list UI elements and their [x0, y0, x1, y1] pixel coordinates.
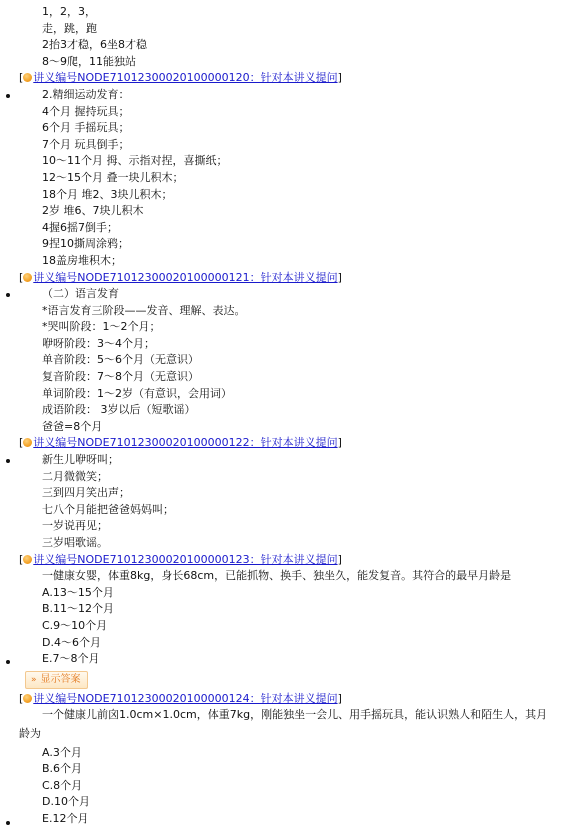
text-line: 2抬3才稳，6坐8才稳	[0, 37, 564, 54]
text-line: 8～9爬，11能独站	[0, 54, 564, 71]
text-line: 新生儿咿呀叫；	[0, 452, 564, 469]
bracket-close: ]	[338, 436, 342, 449]
list-bullet	[6, 459, 10, 463]
section-heading: 2.精细运动发育：	[0, 87, 564, 104]
handout-reference: [讲义编号NODE71012300020100000124：针对本讲义提问]	[0, 691, 564, 708]
text-line: 咿呀阶段：3～4个月；	[0, 336, 564, 353]
language-mnemonic-block: 新生儿咿呀叫； 二月微微笑； 三到四月笑出声； 七八个月能把爸爸妈妈叫； 一岁说…	[0, 452, 564, 568]
text-line: 一岁说再见；	[0, 518, 564, 535]
question-1: 一健康女婴，体重8kg，身长68cm，已能抓物、换手、独坐久，能发复音。其符合的…	[0, 568, 564, 707]
option-e: E.7～8个月	[0, 651, 564, 668]
text-line: 七八个月能把爸爸妈妈叫；	[0, 502, 564, 519]
text-line: 二月微微笑；	[0, 469, 564, 486]
handout-reference: [讲义编号NODE71012300020100000123：针对本讲义提问]	[0, 552, 564, 569]
question-info-icon	[23, 73, 32, 82]
question-stem: 一个健康儿前囟1.0cm×1.0cm，体重7kg，刚能独坐一会儿、用手摇玩具，能…	[0, 707, 564, 724]
list-bullet	[6, 94, 10, 98]
text-line: 9捏10撕周涂鸦；	[0, 236, 564, 253]
handout-reference: [讲义编号NODE71012300020100000120：针对本讲义提问]	[0, 70, 564, 87]
option-b: B.11～12个月	[0, 601, 564, 618]
question-info-icon	[23, 273, 32, 282]
bracket-close: ]	[338, 271, 342, 284]
text-line: 4个月 握持玩具；	[0, 104, 564, 121]
text-line: 2岁 堆6、7块儿积木	[0, 203, 564, 220]
question-2: 一个健康儿前囟1.0cm×1.0cm，体重7kg，刚能独坐一会儿、用手摇玩具，能…	[0, 707, 564, 827]
option-b: B.6个月	[0, 761, 564, 778]
text-line: 1，2，3，	[0, 4, 564, 21]
handout-question-link[interactable]: 讲义编号NODE71012300020100000121：针对本讲义提问	[33, 271, 337, 284]
fine-motor-block: 2.精细运动发育： 4个月 握持玩具； 6个月 手摇玩具； 7个月 玩具倒手； …	[0, 87, 564, 286]
text-line: 18盖房堆积木；	[0, 253, 564, 270]
text-line: 4握6摇7倒手；	[0, 220, 564, 237]
text-line: 10～11个月 拇、示指对捏，喜撕纸；	[0, 153, 564, 170]
handout-question-link[interactable]: 讲义编号NODE71012300020100000123：针对本讲义提问	[33, 553, 337, 566]
list-bullet	[6, 660, 10, 664]
show-answer-button[interactable]: »显示答案	[25, 671, 88, 689]
text-line: 单音阶段：5～6个月（无意识）	[0, 352, 564, 369]
text-line: 成语阶段： 3岁以后（短歌谣）	[0, 402, 564, 419]
double-chevron-right-icon: »	[31, 675, 37, 685]
language-block: （二）语言发育 *语言发育三阶段——发音、理解、表达。 *哭叫阶段：1～2个月；…	[0, 286, 564, 452]
option-e: E.12个月	[0, 811, 564, 828]
text-line: *语言发育三阶段——发音、理解、表达。	[0, 303, 564, 320]
handout-reference: [讲义编号NODE71012300020100000122：针对本讲义提问]	[0, 435, 564, 452]
option-d: D.10个月	[0, 794, 564, 811]
list-bullet	[6, 821, 10, 825]
option-d: D.4～6个月	[0, 635, 564, 652]
option-c: C.8个月	[0, 778, 564, 795]
question-info-icon	[23, 555, 32, 564]
gross-motor-block: 1，2，3， 走，跳，跑 2抬3才稳，6坐8才稳 8～9爬，11能独站 [讲义编…	[0, 0, 564, 87]
text-line: 走，跳，跑	[0, 21, 564, 38]
question-info-icon	[23, 694, 32, 703]
bracket-close: ]	[338, 71, 342, 84]
text-line: 18个月 堆2、3块儿积木；	[0, 187, 564, 204]
text-line: 7个月 玩具倒手；	[0, 137, 564, 154]
handout-reference: [讲义编号NODE71012300020100000121：针对本讲义提问]	[0, 270, 564, 287]
option-a: A.13～15个月	[0, 585, 564, 602]
handout-question-link[interactable]: 讲义编号NODE71012300020100000122：针对本讲义提问	[33, 436, 337, 449]
text-line: 爸爸=8个月	[0, 419, 564, 436]
text-line: 复音阶段：7～8个月（无意识）	[0, 369, 564, 386]
handout-question-link[interactable]: 讲义编号NODE71012300020100000124：针对本讲义提问	[33, 692, 337, 705]
question-stem: 一健康女婴，体重8kg，身长68cm，已能抓物、换手、独坐久，能发复音。其符合的…	[0, 568, 564, 585]
option-c: C.9～10个月	[0, 618, 564, 635]
handout-question-link[interactable]: 讲义编号NODE71012300020100000120：针对本讲义提问	[33, 71, 337, 84]
text-line: 单词阶段：1～2岁（有意识，会用词）	[0, 386, 564, 403]
question-stem-continued: 龄为	[0, 726, 564, 743]
text-line: 12～15个月 叠一块儿积木；	[0, 170, 564, 187]
text-line: *哭叫阶段：1～2个月；	[0, 319, 564, 336]
show-answer-label: 显示答案	[41, 674, 81, 685]
option-a: A.3个月	[0, 745, 564, 762]
bracket-close: ]	[338, 553, 342, 566]
bracket-close: ]	[338, 692, 342, 705]
text-line: 三到四月笑出声；	[0, 485, 564, 502]
section-heading: （二）语言发育	[0, 286, 564, 303]
question-info-icon	[23, 438, 32, 447]
text-line: 三岁唱歌谣。	[0, 535, 564, 552]
text-line: 6个月 手摇玩具；	[0, 120, 564, 137]
